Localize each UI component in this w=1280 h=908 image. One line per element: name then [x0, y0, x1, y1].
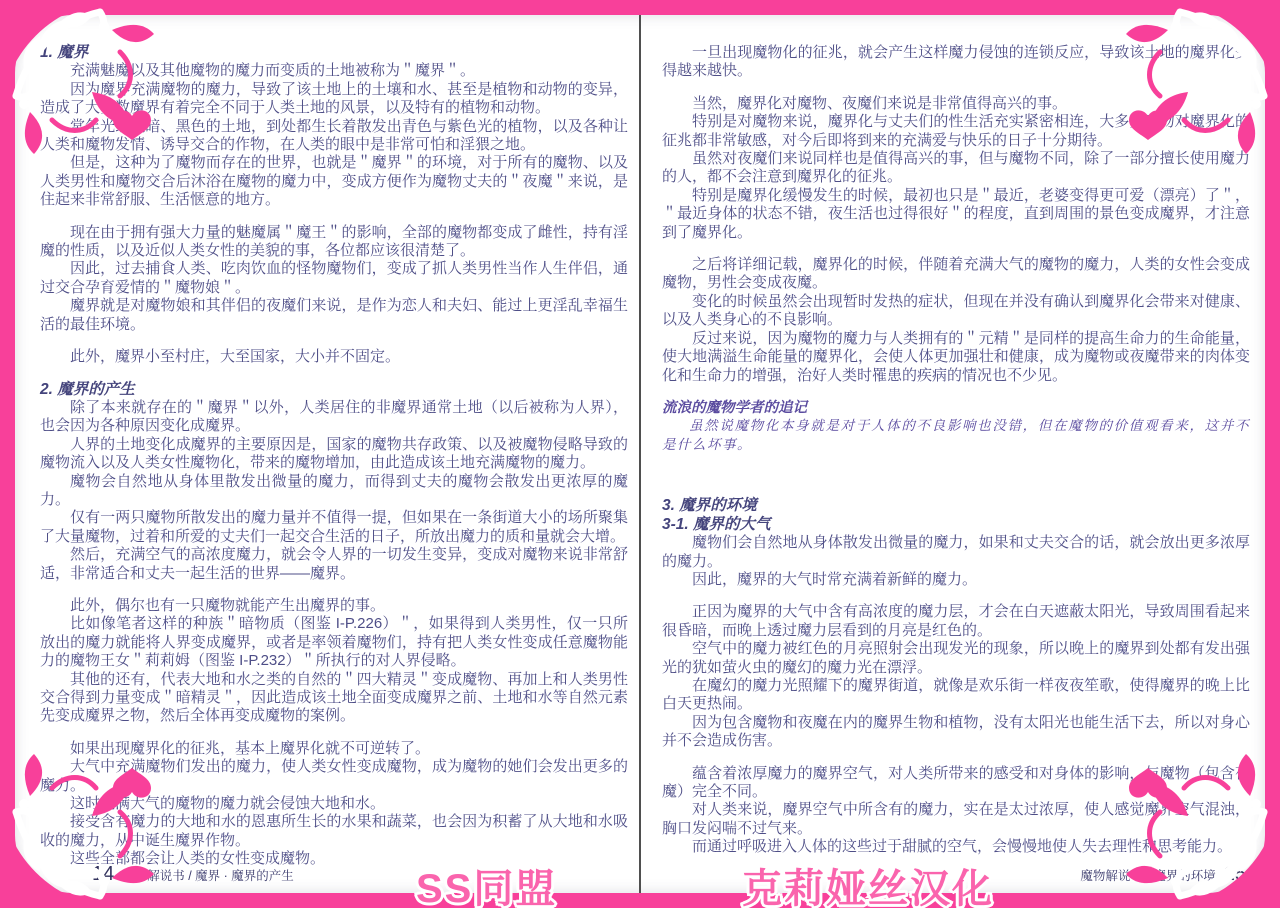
block-para: 之后将详细记载，魔界化的时候，伴随着充满大气的魔物的魔力，人类的女性会变成魔物，…	[662, 256, 1250, 293]
left-footer-label: 魔物解说书 / 魔界 · 魔界的产生	[122, 866, 294, 884]
block-heading: 3. 魔界的环境	[662, 497, 1250, 515]
block-spacer	[662, 385, 1250, 399]
block-para: 因为包含魔物和夜魔在内的魔界生物和植物，没有太阳光也能生活下去，所以对身心并不会…	[662, 714, 1250, 751]
block-spacer	[40, 334, 628, 348]
block-noteh: 流浪的魔物学者的追记	[662, 399, 1250, 417]
block-spacer	[40, 367, 628, 381]
right-page-text: 一旦出现魔物化的征兆，就会产生这样魔力侵蚀的连锁反应，导致该土地的魔界化变得越来…	[662, 44, 1250, 857]
block-para: 特别是对魔物来说，魔界化与丈夫们的性生活充实紧密相连，大多数魔物对魔界化的征兆都…	[662, 113, 1250, 150]
block-para: 特别是魔界化缓慢发生的时候，最初也只是＂最近，老婆变得更可爱（漂亮）了＂，＂最近…	[662, 187, 1250, 242]
block-para: 如果出现魔界化的征兆，基本上魔界化就不可逆转了。	[40, 740, 628, 758]
block-spacer	[40, 726, 628, 740]
block-para: 空气中的魔力被红色的月亮照射会出现发光的现象，所以晚上的魔界到处都有发出强光的犹…	[662, 640, 1250, 677]
page-divider	[639, 15, 641, 893]
book-spread: 1. 魔界充满魅魔以及其他魔物的魔力而变质的土地被称为＂魔界＂。因为魔界充满魔物…	[0, 0, 1280, 908]
block-spacer	[662, 81, 1250, 95]
block-para: 魔物们会自然地从身体散发出微量的魔力，如果和丈夫交合的话，就会放出更多浓厚的魔力…	[662, 534, 1250, 571]
block-spacer	[662, 483, 1250, 497]
block-para: 因此，魔界的大气时常充满着新鲜的魔力。	[662, 571, 1250, 589]
block-para: 比如像笔者这样的种族＂暗物质（图鉴 I-P.226）＂，如果得到人类男性，仅一只…	[40, 615, 628, 670]
block-para: 仅有一两只魔物所散发出的魔力量并不值得一提，但如果在一条街道大小的场所聚集了大量…	[40, 509, 628, 546]
block-para: 一旦出现魔物化的征兆，就会产生这样魔力侵蚀的连锁反应，导致该土地的魔界化变得越来…	[662, 44, 1250, 81]
block-spacer	[662, 242, 1250, 256]
right-page-number: 15	[1224, 863, 1246, 886]
block-spacer	[662, 455, 1250, 469]
block-para: 魔界就是对魔物娘和其伴侣的夜魔们来说，是作为恋人和夫妇、能过上更淫乱幸福生活的最…	[40, 297, 628, 334]
block-spacer	[662, 751, 1250, 765]
block-para: 除了本来就存在的＂魔界＂以外，人类居住的非魔界通常土地（以后被称为人界），也会因…	[40, 399, 628, 436]
block-notep: 虽然说魔物化本身就是对于人体的不良影响也没错，但在魔物的价值观看来，这并不是什么…	[662, 417, 1250, 455]
block-spacer	[662, 589, 1250, 603]
block-para: 接受含有魔力的大地和水的恩惠所生长的水果和蔬菜，也会因为积蓄了从大地和水吸收的魔…	[40, 813, 628, 850]
left-page-footer: 14 魔物解说书 / 魔界 · 魔界的产生	[92, 863, 294, 886]
block-para: 大气中充满魔物们发出的魔力，使人类女性变成魔物，成为魔物的她们会发出更多的魔力。	[40, 758, 628, 795]
block-spacer	[40, 583, 628, 597]
block-heading: 1. 魔界	[40, 44, 628, 62]
block-para: 现在由于拥有强大力量的魅魔属＂魔王＂的影响，全部的魔物都变成了雌性，持有淫魔的性…	[40, 224, 628, 261]
block-para: 魔物会自然地从身体里散发出微量的魔力，而得到丈夫的魔物会散发出更浓厚的魔力。	[40, 473, 628, 510]
block-spacer	[40, 210, 628, 224]
group-watermark-translator: 克莉娅丝汉化	[742, 857, 994, 908]
block-para: 因此，过去捕食人类、吃肉饮血的怪物魔物们，变成了抓人类男性当作人生伴侣，通过交合…	[40, 260, 628, 297]
right-page-footer: 魔物解说书 / 魔界的环境 15	[1080, 863, 1246, 886]
block-para: 常年光线灰暗、黑色的土地，到处都生长着散发出青色与紫色光的植物，以及各种让人类和…	[40, 118, 628, 155]
block-para: 在魔幻的魔力光照耀下的魔界街道，就像是欢乐街一样夜夜笙歌，使得魔界的晚上比白天更…	[662, 677, 1250, 714]
block-para: 此外，偶尔也有一只魔物就能产生出魔界的事。	[40, 597, 628, 615]
block-para: 人界的土地变化成魔界的主要原因是，国家的魔物共存政策、以及被魔物侵略导致的魔物流…	[40, 436, 628, 473]
block-para: 蕴含着浓厚魔力的魔界空气，对人类所带来的感受和对身体的影响，与魔物（包含夜魔）完…	[662, 765, 1250, 802]
block-para: 当然，魔界化对魔物、夜魔们来说是非常值得高兴的事。	[662, 95, 1250, 113]
block-para: 变化的时候虽然会出现暂时发热的症状，但现在并没有确认到魔界化会带来对健康、以及人…	[662, 293, 1250, 330]
right-footer-label: 魔物解说书 / 魔界的环境	[1080, 866, 1215, 884]
block-para: 对人类来说，魔界空气中所含有的魔力，实在是太过浓厚，使人感觉魔界空气混浊，胸口发…	[662, 801, 1250, 838]
block-para: 然后，充满空气的高浓度魔力，就会令人界的一切发生变异，变成对魔物来说非常舒适，非…	[40, 546, 628, 583]
block-para: 这时充满大气的魔物的魔力就会侵蚀大地和水。	[40, 795, 628, 813]
block-para: 此外，魔界小至村庄，大至国家，大小并不固定。	[40, 348, 628, 366]
block-para: 充满魅魔以及其他魔物的魔力而变质的土地被称为＂魔界＂。	[40, 62, 628, 80]
block-para: 正因为魔界的大气中含有高浓度的魔力层，才会在白天遮蔽太阳光，导致周围看起来很昏暗…	[662, 603, 1250, 640]
block-para: 虽然对夜魔们来说同样也是值得高兴的事，但与魔物不同，除了一部分擅长使用魔力的人，…	[662, 150, 1250, 187]
block-heading: 2. 魔界的产生	[40, 381, 628, 399]
block-para: 反过来说，因为魔物的魔力与人类拥有的＂元精＂是同样的提高生命力的生命能量，使大地…	[662, 330, 1250, 385]
block-para: 因为魔界充满魔物的魔力，导致了该土地上的土壤和水、甚至是植物和动物的变异，造成了…	[40, 81, 628, 118]
block-para: 而通过呼吸进入人体的这些过于甜腻的空气，会慢慢地使人失去理性和思考能力。	[662, 838, 1250, 856]
group-watermark-ss: SS同盟	[416, 857, 557, 908]
block-spacer	[662, 469, 1250, 483]
left-page-number: 14	[92, 863, 114, 886]
block-para: 其他的还有，代表大地和水之类的自然的＂四大精灵＂变成魔物、再加上和人类男性交合得…	[40, 671, 628, 726]
block-para: 但是，这种为了魔物而存在的世界，也就是＂魔界＂的环境，对于所有的魔物、以及人类男…	[40, 154, 628, 209]
block-heading: 3-1. 魔界的大气	[662, 516, 1250, 534]
left-page-text: 1. 魔界充满魅魔以及其他魔物的魔力而变质的土地被称为＂魔界＂。因为魔界充满魔物…	[40, 44, 628, 869]
